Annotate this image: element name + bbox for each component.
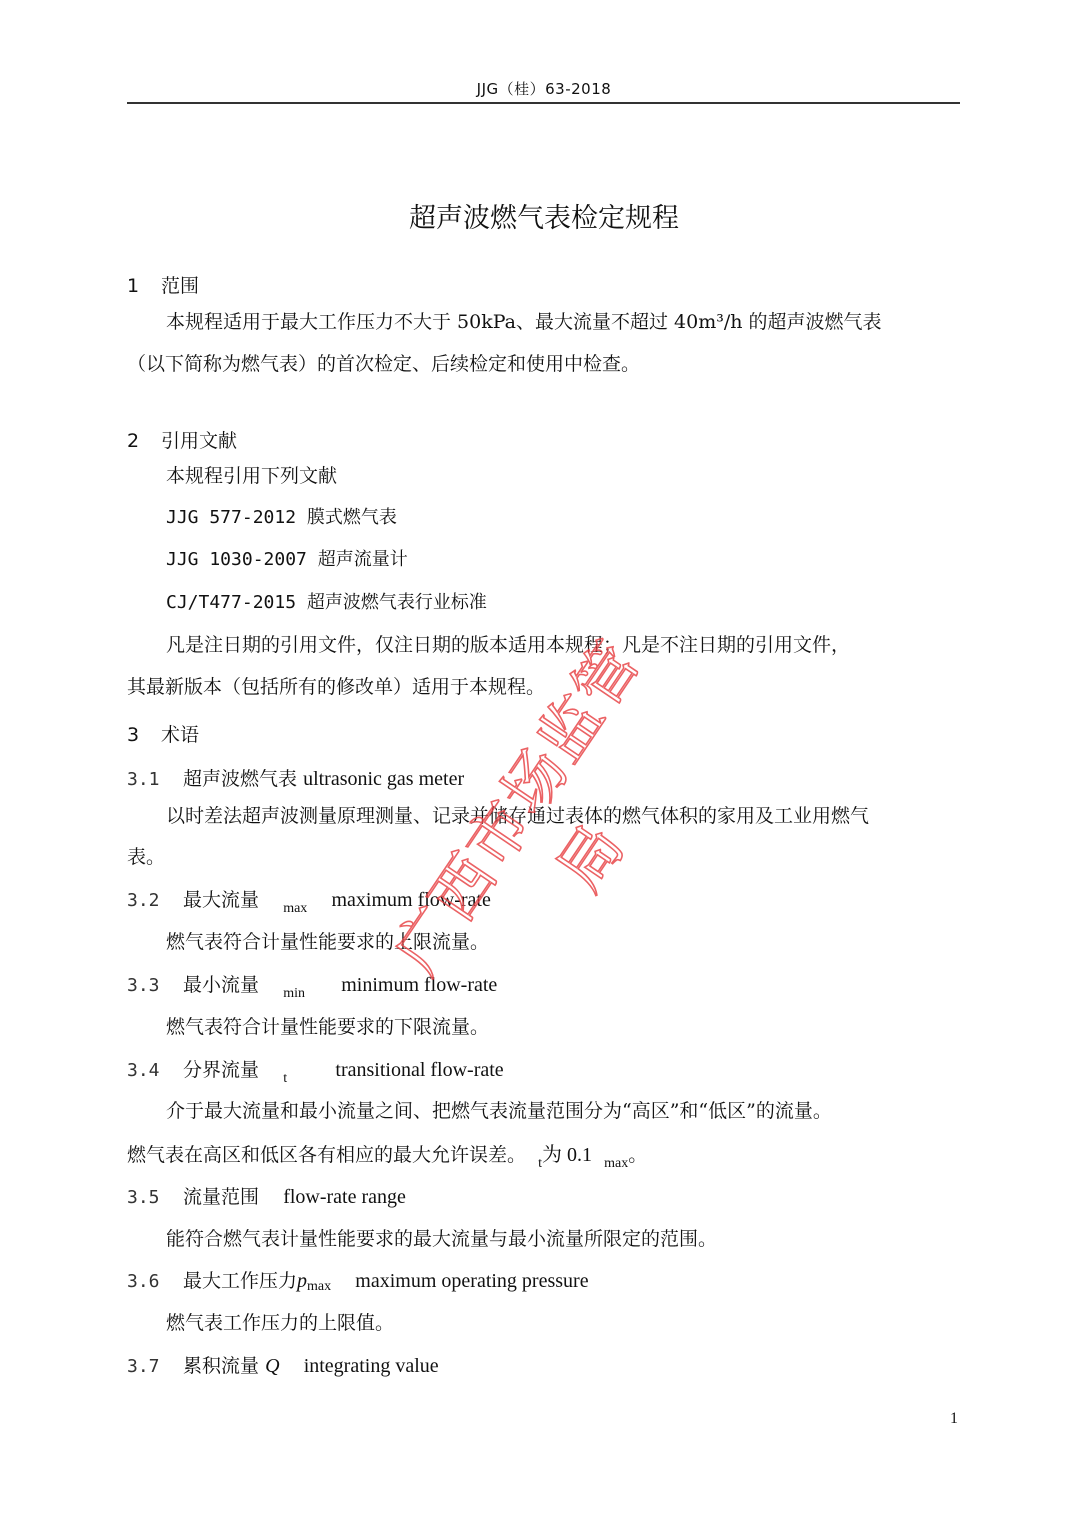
term-symbol-subscript: min (283, 986, 305, 1001)
term-en: transitional flow-rate (335, 1059, 503, 1081)
term-number: 3.2 (127, 887, 183, 915)
document-title: 超声波燃气表检定规程 (0, 196, 1074, 235)
section-1-heading: 1范围 (127, 272, 199, 300)
term-symbol-subscript: max (307, 1279, 331, 1294)
section-title: 引用文献 (161, 430, 237, 452)
page-header-code: JJG（桂）63-2018 (0, 78, 1074, 99)
section-3-heading: 3术语 (127, 721, 199, 749)
term-en: flow-rate range (283, 1186, 406, 1208)
definition-line: 燃气表工作压力的上限值。 (166, 1309, 394, 1337)
term-zh: 超声波燃气表 (183, 768, 297, 790)
term-number: 3.6 (127, 1268, 183, 1296)
term-symbol-subscript: t (283, 1071, 287, 1086)
paragraph-line: 本规程引用下列文献 (166, 462, 337, 490)
page-number: 1 (950, 1410, 958, 1428)
term-zh: 分界流量 (183, 1059, 259, 1081)
paragraph-line: 凡是注日期的引用文件，仅注日期的版本适用本规程；凡是不注日期的引用文件， (166, 631, 850, 659)
definition-line: 表。 (127, 843, 165, 871)
term-symbol: p (297, 1270, 307, 1292)
term-en: maximum operating pressure (355, 1270, 588, 1292)
header-rule (127, 102, 960, 104)
term-number: 3.4 (127, 1057, 183, 1085)
reference-item: JJG 1030-2007 超声流量计 (166, 546, 408, 574)
term-en: integrating value (304, 1355, 439, 1377)
paragraph-line: （以下简称为燃气表）的首次检定、后续检定和使用中检查。 (127, 350, 640, 378)
term-zh: 最小流量 (183, 974, 259, 996)
term-3-4: 3.4分界流量 t transitional flow-rate (127, 1056, 504, 1087)
definition-text: 燃气表在高区和低区各有相应的最大允许误差。 (127, 1144, 526, 1166)
term-en: minimum flow-rate (341, 974, 497, 996)
term-3-6: 3.6最大工作压力pmax maximum operating pressure (127, 1267, 589, 1298)
definition-line: 以时差法超声波测量原理测量、记录并储存通过表体的燃气体积的家用及工业用燃气 (166, 802, 869, 830)
section-title: 范围 (161, 275, 199, 297)
term-zh: 最大工作压力 (183, 1270, 297, 1292)
reference-item: CJ/T477-2015 超声波燃气表行业标准 (166, 589, 487, 617)
paragraph-line: 其最新版本（包括所有的修改单）适用于本规程。 (127, 673, 545, 701)
term-en: ultrasonic gas meter (303, 768, 464, 790)
definition-line: 能符合燃气表计量性能要求的最大流量与最小流量所限定的范围。 (166, 1225, 717, 1253)
section-number: 3 (127, 721, 161, 749)
definition-line: 燃气表符合计量性能要求的上限流量。 (166, 928, 489, 956)
symbol-subscript: t (538, 1156, 542, 1171)
term-number: 3.1 (127, 766, 183, 794)
term-symbol-subscript: max (283, 901, 307, 916)
section-number: 1 (127, 272, 161, 300)
section-2-heading: 2引用文献 (127, 427, 237, 455)
definition-text: 。 (628, 1144, 647, 1166)
reference-item: JJG 577-2012 膜式燃气表 (166, 504, 397, 532)
definition-line: 燃气表符合计量性能要求的下限流量。 (166, 1013, 489, 1041)
paragraph-line: 本规程适用于最大工作压力不大于 50kPa、最大流量不超过 40m³/h 的超声… (166, 308, 882, 336)
term-3-2: 3.2最大流量 max maximum flow-rate (127, 886, 491, 917)
term-number: 3.3 (127, 972, 183, 1000)
term-en: maximum flow-rate (331, 889, 490, 911)
term-zh: 最大流量 (183, 889, 259, 911)
definition-line: 燃气表在高区和低区各有相应的最大允许误差。 t为 0.1 max。 (127, 1141, 647, 1172)
section-title: 术语 (161, 724, 199, 746)
definition-line: 介于最大流量和最小流量之间、把燃气表流量范围分为“高区”和“低区”的流量。 (166, 1097, 832, 1125)
term-number: 3.7 (127, 1353, 183, 1381)
term-3-7: 3.7累积流量 Q integrating value (127, 1352, 439, 1381)
definition-text: 为 0.1 (542, 1144, 592, 1166)
term-3-5: 3.5流量范围 flow-rate range (127, 1183, 406, 1212)
term-zh: 流量范围 (183, 1186, 259, 1208)
term-symbol: Q (265, 1355, 279, 1377)
term-zh: 累积流量 (183, 1355, 259, 1377)
section-number: 2 (127, 427, 161, 455)
term-3-1: 3.1超声波燃气表 ultrasonic gas meter (127, 765, 464, 794)
term-3-3: 3.3最小流量 min minimum flow-rate (127, 971, 497, 1002)
term-number: 3.5 (127, 1184, 183, 1212)
symbol-subscript: max (604, 1156, 628, 1171)
